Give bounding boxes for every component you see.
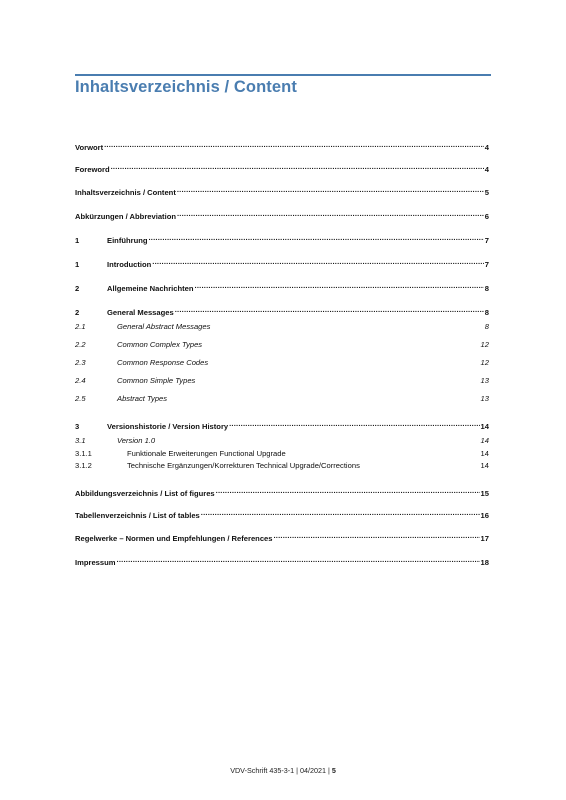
toc-entry-title: Common Response Codes xyxy=(117,358,208,368)
page-title: Inhaltsverzeichnis / Content xyxy=(75,78,297,97)
toc-entry-title: Inhaltsverzeichnis / Content xyxy=(75,188,176,198)
page-footer: VDV-Schrift 435-3-1 | 04/2021 | 5 xyxy=(0,766,566,775)
toc-entry-page: 12 xyxy=(481,340,489,350)
toc-entry-number: 3.1.2 xyxy=(75,461,127,471)
heading-rule xyxy=(75,74,491,76)
toc-entry-number: 3.1 xyxy=(75,436,117,446)
toc-entry-title: General Messages xyxy=(107,308,174,318)
dot-leader xyxy=(216,486,480,496)
toc-entry-number: 2 xyxy=(75,284,107,294)
toc-entry[interactable]: 2.2Common Complex Types12 xyxy=(75,340,489,350)
toc-entry-title: Common Complex Types xyxy=(117,340,202,350)
toc-entry-page: 7 xyxy=(485,260,489,270)
toc-entry-page: 6 xyxy=(485,212,489,222)
toc-entry[interactable]: 2.1General Abstract Messages8 xyxy=(75,322,489,332)
toc-entry-title: Abkürzungen / Abbreviation xyxy=(75,212,176,222)
toc-entry-title: Common Simple Types xyxy=(117,376,195,386)
toc-entry-title: Impressum xyxy=(75,558,116,568)
toc-entry-number: 2.4 xyxy=(75,376,117,386)
toc-entry-page: 4 xyxy=(485,165,489,175)
toc-entry-number: 2 xyxy=(75,308,107,318)
toc-entry-number: 2.2 xyxy=(75,340,117,350)
toc-entry[interactable]: Tabellenverzeichnis / List of tables16 xyxy=(75,508,489,521)
toc-entry-page: 5 xyxy=(485,188,489,198)
dot-leader xyxy=(195,281,484,291)
toc-entry[interactable]: 3.1.2Technische Ergänzungen/Korrekturen … xyxy=(75,461,489,471)
toc-entry[interactable]: Abkürzungen / Abbreviation6 xyxy=(75,209,489,222)
toc-entry-page: 8 xyxy=(485,284,489,294)
toc-entry-page: 8 xyxy=(485,322,489,332)
toc-entry-page: 7 xyxy=(485,236,489,246)
toc-entry[interactable]: 3Versionshistorie / Version History14 xyxy=(75,419,489,432)
toc-entry-title: Funktionale Erweiterungen Functional Upg… xyxy=(127,449,286,459)
footer-page-number: 5 xyxy=(332,766,336,775)
toc-entry-page: 14 xyxy=(481,461,489,471)
toc-entry[interactable]: 1Einführung7 xyxy=(75,233,489,246)
toc-entry-page: 13 xyxy=(481,394,489,404)
toc-entry[interactable]: 2Allgemeine Nachrichten8 xyxy=(75,281,489,294)
toc-entry-page: 14 xyxy=(481,436,489,446)
dot-leader xyxy=(177,209,484,219)
toc-entry-page: 17 xyxy=(481,534,489,544)
dot-leader xyxy=(117,555,480,565)
toc-entry[interactable]: 2General Messages8 xyxy=(75,305,489,318)
toc-entry[interactable]: 1Introduction7 xyxy=(75,257,489,270)
toc-entry-title: Abstract Types xyxy=(117,394,167,404)
toc-entry-number: 2.5 xyxy=(75,394,117,404)
toc-entry-title: Vorwort xyxy=(75,143,103,153)
toc-entry-number: 2.1 xyxy=(75,322,117,332)
toc-entry-title: Introduction xyxy=(107,260,151,270)
toc-entry-number: 2.3 xyxy=(75,358,117,368)
toc-entry-page: 15 xyxy=(481,489,489,499)
toc-entry-page: 12 xyxy=(481,358,489,368)
toc-entry-title: Allgemeine Nachrichten xyxy=(107,284,194,294)
footer-doc-ref: VDV-Schrift 435-3-1 | 04/2021 | xyxy=(230,766,330,775)
toc-entry[interactable]: Foreword4 xyxy=(75,162,489,175)
toc-entry-page: 13 xyxy=(481,376,489,386)
dot-leader xyxy=(274,531,480,541)
toc-entry[interactable]: 2.5Abstract Types13 xyxy=(75,394,489,404)
dot-leader xyxy=(149,233,484,243)
toc-entry-number: 3.1.1 xyxy=(75,449,127,459)
toc-entry[interactable]: 2.3Common Response Codes12 xyxy=(75,358,489,368)
dot-leader xyxy=(201,508,480,518)
toc-entry-page: 8 xyxy=(485,308,489,318)
toc-entry-number: 1 xyxy=(75,236,107,246)
toc-entry[interactable]: Abbildungsverzeichnis / List of figures1… xyxy=(75,486,489,499)
toc-entry-title: Einführung xyxy=(107,236,148,246)
toc-entry-title: Foreword xyxy=(75,165,110,175)
toc-entry-page: 16 xyxy=(481,511,489,521)
toc-entry[interactable]: Vorwort4 xyxy=(75,140,489,153)
toc-entry-title: Versionshistorie / Version History xyxy=(107,422,228,432)
dot-leader xyxy=(177,185,484,195)
dot-leader xyxy=(175,305,484,315)
dot-leader xyxy=(111,162,484,172)
toc-entry-title: Regelwerke – Normen und Empfehlungen / R… xyxy=(75,534,273,544)
toc-entry-page: 18 xyxy=(481,558,489,568)
toc-entry-page: 14 xyxy=(481,422,489,432)
toc-entry-page: 4 xyxy=(485,143,489,153)
dot-leader xyxy=(229,419,479,429)
toc-entry-title: Version 1.0 xyxy=(117,436,155,446)
toc-entry-number: 3 xyxy=(75,422,107,432)
toc-entry[interactable]: Regelwerke – Normen und Empfehlungen / R… xyxy=(75,531,489,544)
toc-entry[interactable]: 3.1.1Funktionale Erweiterungen Functiona… xyxy=(75,449,489,459)
toc-entry[interactable]: Impressum18 xyxy=(75,555,489,568)
toc-entry-number: 1 xyxy=(75,260,107,270)
toc-entry[interactable]: 3.1Version 1.014 xyxy=(75,436,489,446)
toc-entry-title: General Abstract Messages xyxy=(117,322,210,332)
toc-entry-title: Technische Ergänzungen/Korrekturen Techn… xyxy=(127,461,360,471)
toc-entry-page: 14 xyxy=(481,449,489,459)
dot-leader xyxy=(152,257,483,267)
toc-entry-title: Abbildungsverzeichnis / List of figures xyxy=(75,489,215,499)
dot-leader xyxy=(104,140,484,150)
toc-entry-title: Tabellenverzeichnis / List of tables xyxy=(75,511,200,521)
toc-entry[interactable]: Inhaltsverzeichnis / Content5 xyxy=(75,185,489,198)
toc-entry[interactable]: 2.4Common Simple Types13 xyxy=(75,376,489,386)
